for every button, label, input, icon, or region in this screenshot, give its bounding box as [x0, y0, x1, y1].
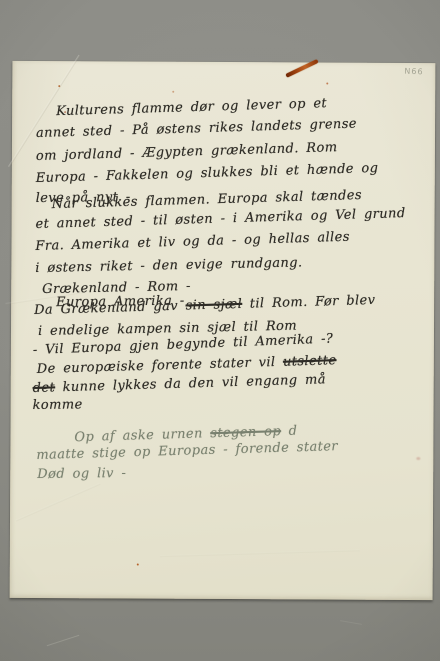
handwriting-text: Op af aske urnen: [74, 426, 210, 445]
handwriting-text: Europa - Fakkelen og slukkes bli et hænd…: [36, 161, 379, 186]
handwriting-text: Død og liv -: [37, 466, 126, 482]
rust-stain-mark: [285, 59, 318, 77]
foxing-speck: [58, 85, 60, 87]
foxing-speck: [172, 91, 174, 93]
handwriting-line: Europa - Fakkelen og slukkes bli et hænd…: [36, 161, 379, 186]
handwriting-text: annet sted - På østens rikes landets gre…: [36, 117, 357, 142]
archival-number: N66: [404, 67, 424, 77]
handwriting-text: Fra. Amerika et liv og da - og hellas al…: [35, 230, 350, 254]
mat-scratch: [47, 635, 80, 646]
handwriting-line-pencil: Død og liv -: [37, 466, 126, 482]
foxing-speck: [326, 83, 328, 85]
handwriting-text: i østens riket - den evige rundgang.: [35, 255, 302, 276]
handwriting-line: Fra. Amerika et liv og da - og hellas al…: [35, 230, 350, 254]
foxing-speck: [416, 457, 420, 460]
handwriting-line: Kulturens flamme dør og lever op et: [56, 96, 327, 119]
handwriting-text: Da Grækenland gav: [34, 299, 186, 318]
handwriting-text: d: [281, 424, 298, 439]
handwriting-line: annet sted - På østens rikes landets gre…: [36, 117, 357, 142]
handwriting-text: kunne lykkes da den vil engang må: [55, 372, 326, 395]
struck-text: sin sjæl: [185, 297, 242, 314]
struck-text: utslette: [283, 353, 337, 370]
handwriting-line: det kunne lykkes da den vil engang må: [32, 372, 326, 396]
handwriting-text: komme: [33, 397, 83, 413]
handwriting-line: om jordland - Ægypten grækenland. Rom: [36, 140, 338, 164]
paper-crease: [16, 483, 101, 522]
manuscript-page: N66 Kulturens flamme dør og lever op et …: [10, 61, 436, 600]
handwriting-text: Kulturens flamme dør og lever op et: [56, 96, 327, 119]
handwriting-text: om jordland - Ægypten grækenland. Rom: [36, 140, 338, 164]
foxing-speck: [137, 564, 139, 566]
struck-text: stegen op: [210, 424, 281, 441]
handwriting-line: komme: [33, 397, 83, 413]
handwriting-line: i østens riket - den evige rundgang.: [35, 255, 302, 276]
handwriting-text: til Rom. Før blev: [242, 293, 376, 312]
paper-crease: [160, 549, 360, 557]
mat-scratch: [340, 620, 362, 625]
struck-text: det: [32, 380, 55, 396]
scanned-photo-background: N66 Kulturens flamme dør og lever op et …: [0, 0, 440, 661]
